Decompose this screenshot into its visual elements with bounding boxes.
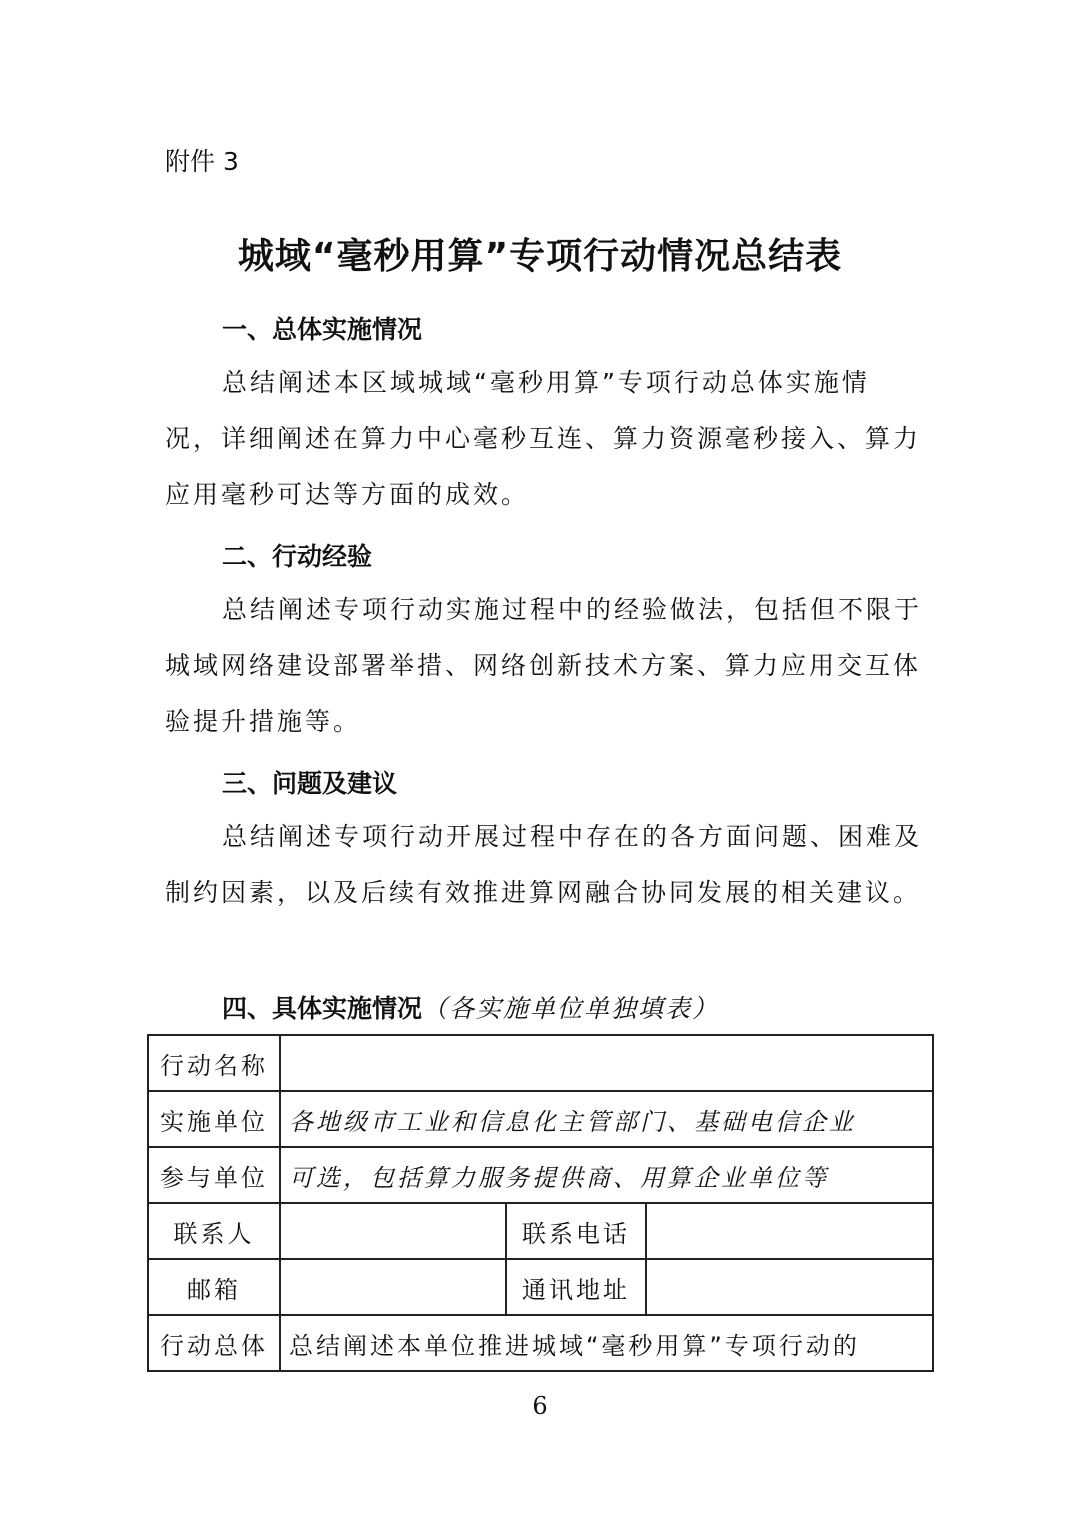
section-heading-4: 四、具体实施情况（各实施单位单独填表） [222, 989, 719, 1025]
participant-cell[interactable]: 可选，包括算力服务提供商、用算企业单位等 [280, 1147, 933, 1203]
table-row: 实施单位 各地级市工业和信息化主管部门、基础电信企业 [148, 1091, 933, 1147]
table-row: 邮箱 通讯地址 [148, 1259, 933, 1315]
impl-unit-label: 实施单位 [148, 1091, 280, 1147]
action-name-cell[interactable] [280, 1035, 933, 1091]
section-body-1: 总结阐述本区域城域“毫秒用算”专项行动总体实施情况，详细阐述在算力中心毫秒互连、… [165, 355, 925, 523]
table-row: 行动名称 [148, 1035, 933, 1091]
section-heading-4-note: （各实施单位单独填表） [422, 994, 719, 1023]
section-heading-3: 三、问题及建议 [222, 764, 397, 800]
participant-label: 参与单位 [148, 1147, 280, 1203]
address-cell[interactable] [646, 1259, 933, 1315]
email-label: 邮箱 [148, 1259, 280, 1315]
section-heading-2: 二、行动经验 [222, 537, 372, 573]
phone-label: 联系电话 [506, 1203, 646, 1259]
table-row: 行动总体 总结阐述本单位推进城域“毫秒用算”专项行动的 [148, 1315, 933, 1371]
action-name-label: 行动名称 [148, 1035, 280, 1091]
impl-unit-cell[interactable]: 各地级市工业和信息化主管部门、基础电信企业 [280, 1091, 933, 1147]
page-number: 6 [0, 1392, 1080, 1420]
section-body-3: 总结阐述专项行动开展过程中存在的各方面问题、困难及制约因素，以及后续有效推进算网… [165, 809, 925, 921]
email-cell[interactable] [280, 1259, 506, 1315]
section-body-2: 总结阐述专项行动实施过程中的经验做法，包括但不限于城域网络建设部署举措、网络创新… [165, 582, 925, 750]
phone-cell[interactable] [646, 1203, 933, 1259]
table-row: 联系人 联系电话 [148, 1203, 933, 1259]
contact-cell[interactable] [280, 1203, 506, 1259]
attachment-label: 附件 3 [165, 142, 239, 178]
overall-cell[interactable]: 总结阐述本单位推进城域“毫秒用算”专项行动的 [280, 1315, 933, 1371]
contact-label: 联系人 [148, 1203, 280, 1259]
section-heading-4-text: 四、具体实施情况 [222, 994, 422, 1023]
page-title: 城域“毫秒用算”专项行动情况总结表 [0, 228, 1080, 279]
overall-label: 行动总体 [148, 1315, 280, 1371]
implementation-table: 行动名称 实施单位 各地级市工业和信息化主管部门、基础电信企业 参与单位 可选，… [147, 1034, 934, 1372]
section-heading-1: 一、总体实施情况 [222, 310, 422, 346]
table-row: 参与单位 可选，包括算力服务提供商、用算企业单位等 [148, 1147, 933, 1203]
address-label: 通讯地址 [506, 1259, 646, 1315]
